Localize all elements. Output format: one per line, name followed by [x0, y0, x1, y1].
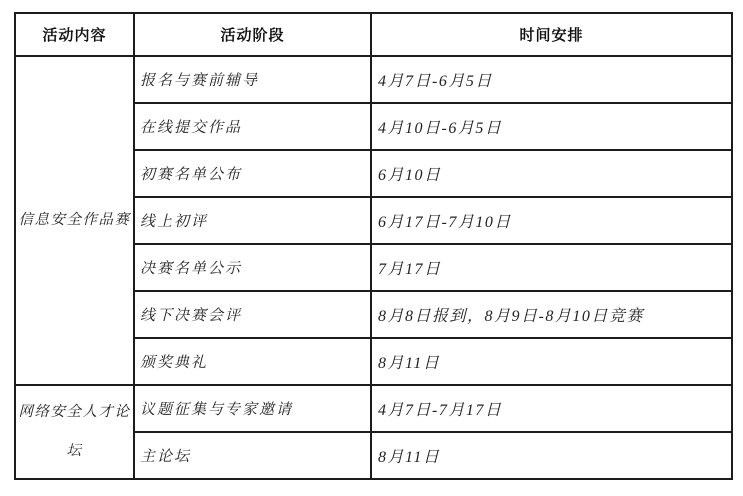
column-header-activity-content: 活动内容 [15, 13, 134, 56]
stage-cell: 决赛名单公示 [134, 244, 371, 291]
stage-cell: 初赛名单公布 [134, 150, 371, 197]
time-cell: 8月8日报到，8月9日-8月10日竞赛 [371, 291, 732, 338]
column-header-time-arrangement: 时间安排 [371, 13, 732, 56]
column-header-activity-stage: 活动阶段 [134, 13, 371, 56]
page: 活动内容 活动阶段 时间安排 信息安全作品赛 报名与赛前辅导 4月7日-6月5日… [0, 0, 743, 496]
time-cell: 4月7日-6月5日 [371, 56, 732, 103]
time-cell: 6月17日-7月10日 [371, 197, 732, 244]
stage-cell: 议题征集与专家邀请 [134, 385, 371, 432]
header-row: 活动内容 活动阶段 时间安排 [15, 13, 732, 56]
stage-cell: 颁奖典礼 [134, 338, 371, 385]
table-row: 网络安全人才论坛 议题征集与专家邀请 4月7日-7月17日 [15, 385, 732, 432]
time-cell: 8月11日 [371, 432, 732, 479]
stage-cell: 报名与赛前辅导 [134, 56, 371, 103]
activity-schedule-table: 活动内容 活动阶段 时间安排 信息安全作品赛 报名与赛前辅导 4月7日-6月5日… [14, 12, 733, 480]
table-row: 信息安全作品赛 报名与赛前辅导 4月7日-6月5日 [15, 56, 732, 103]
time-cell: 8月11日 [371, 338, 732, 385]
time-cell: 7月17日 [371, 244, 732, 291]
group-cell-forum: 网络安全人才论坛 [15, 385, 134, 479]
time-cell: 4月7日-7月17日 [371, 385, 732, 432]
stage-cell: 在线提交作品 [134, 103, 371, 150]
group-cell-competition: 信息安全作品赛 [15, 56, 134, 385]
time-cell: 6月10日 [371, 150, 732, 197]
stage-cell: 线上初评 [134, 197, 371, 244]
time-cell: 4月10日-6月5日 [371, 103, 732, 150]
stage-cell: 线下决赛会评 [134, 291, 371, 338]
stage-cell: 主论坛 [134, 432, 371, 479]
